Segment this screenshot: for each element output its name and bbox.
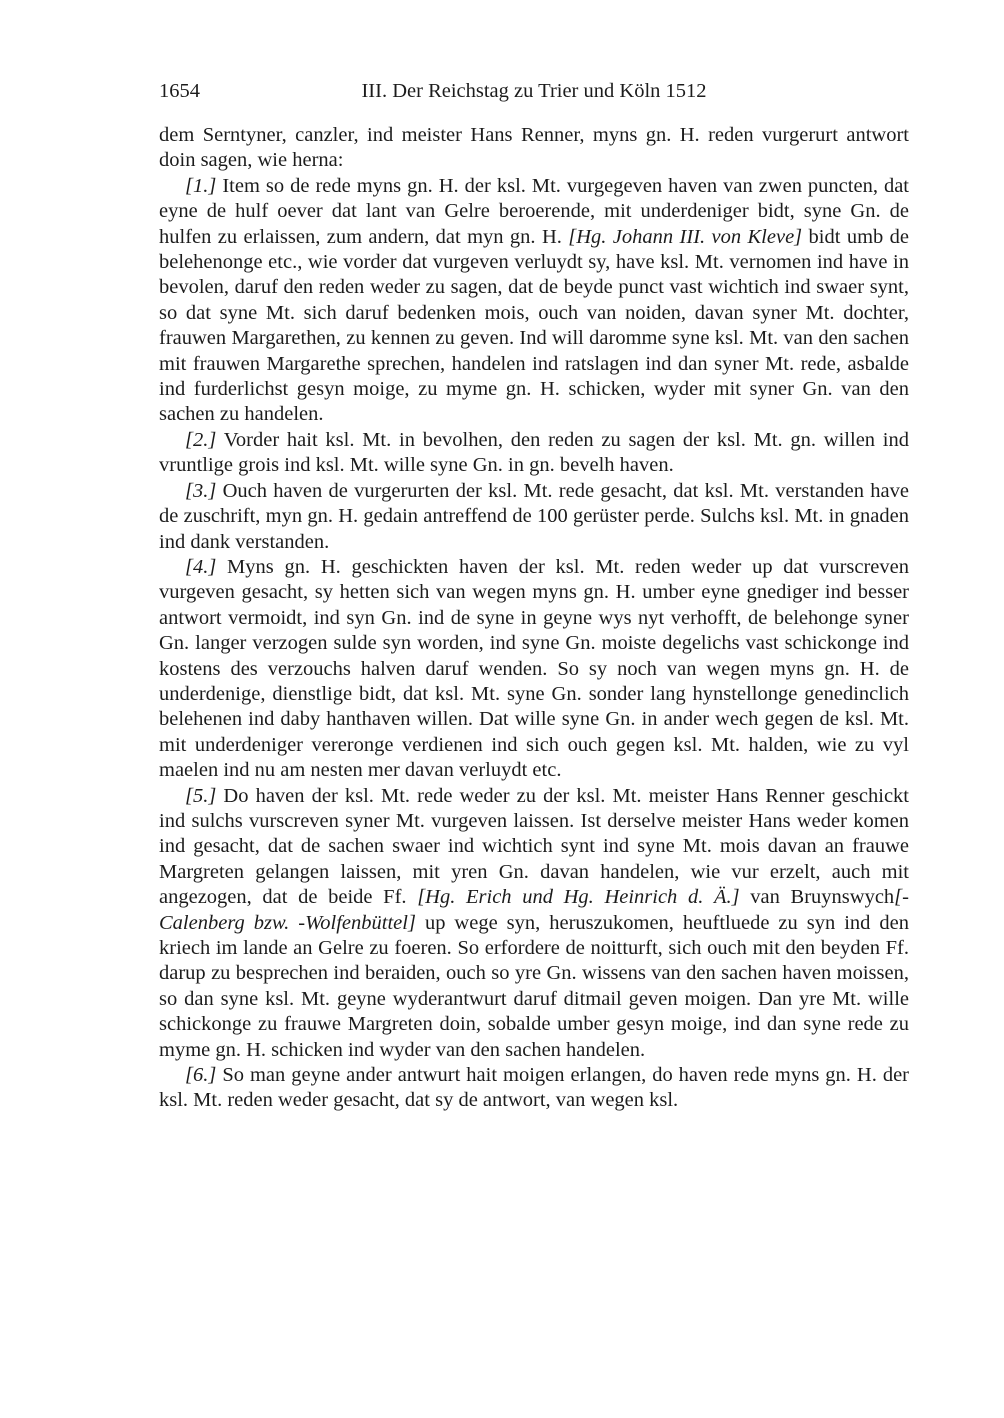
text-segment: Ouch haven de vurgerurten der ksl. Mt. r… — [159, 480, 909, 553]
text-segment: [2.] — [185, 429, 216, 451]
text-segment: dem Serntyner, canzler, ind meister Hans… — [159, 124, 909, 171]
paragraph: [5.] Do haven der ksl. Mt. rede weder zu… — [159, 784, 909, 1063]
text-segment: bidt umb de belehenonge etc., wie vorder… — [159, 226, 909, 426]
text-segment: van Bruynswych — [740, 886, 895, 908]
text-segment: So man geyne ander antwurt hait moigen e… — [159, 1064, 909, 1111]
paragraph: dem Serntyner, canzler, ind meister Hans… — [159, 123, 909, 174]
book-page: 1654 III. Der Reichstag zu Trier und Köl… — [0, 0, 1004, 1418]
text-segment: [6.] — [185, 1064, 216, 1086]
text-segment: [Hg. Johann III. von Kleve] — [568, 226, 802, 248]
text-segment: [4.] — [185, 556, 216, 578]
text-segment: [5.] — [185, 785, 216, 807]
text-segment: Myns gn. H. geschickten haven der ksl. M… — [159, 556, 909, 781]
paragraph: [2.] Vorder hait ksl. Mt. in bevolhen, d… — [159, 428, 909, 479]
text-segment: Vorder hait ksl. Mt. in bevolhen, den re… — [159, 429, 909, 476]
paragraph: [3.] Ouch haven de vurgerurten der ksl. … — [159, 479, 909, 555]
running-header: III. Der Reichstag zu Trier und Köln 151… — [159, 78, 909, 104]
page-header: 1654 III. Der Reichstag zu Trier und Köl… — [159, 78, 909, 104]
text-column: 1654 III. Der Reichstag zu Trier und Köl… — [159, 78, 909, 1114]
text-segment: [1.] — [185, 175, 216, 197]
paragraph: [6.] So man geyne ander antwurt hait moi… — [159, 1063, 909, 1114]
body-text: dem Serntyner, canzler, ind meister Hans… — [159, 123, 909, 1114]
text-segment: [3.] — [185, 480, 216, 502]
paragraph: [4.] Myns gn. H. geschickten haven der k… — [159, 555, 909, 784]
text-segment: [Hg. Erich und Hg. Heinrich d. Ä.] — [417, 886, 739, 908]
paragraph: [1.] Item so de rede myns gn. H. der ksl… — [159, 174, 909, 428]
